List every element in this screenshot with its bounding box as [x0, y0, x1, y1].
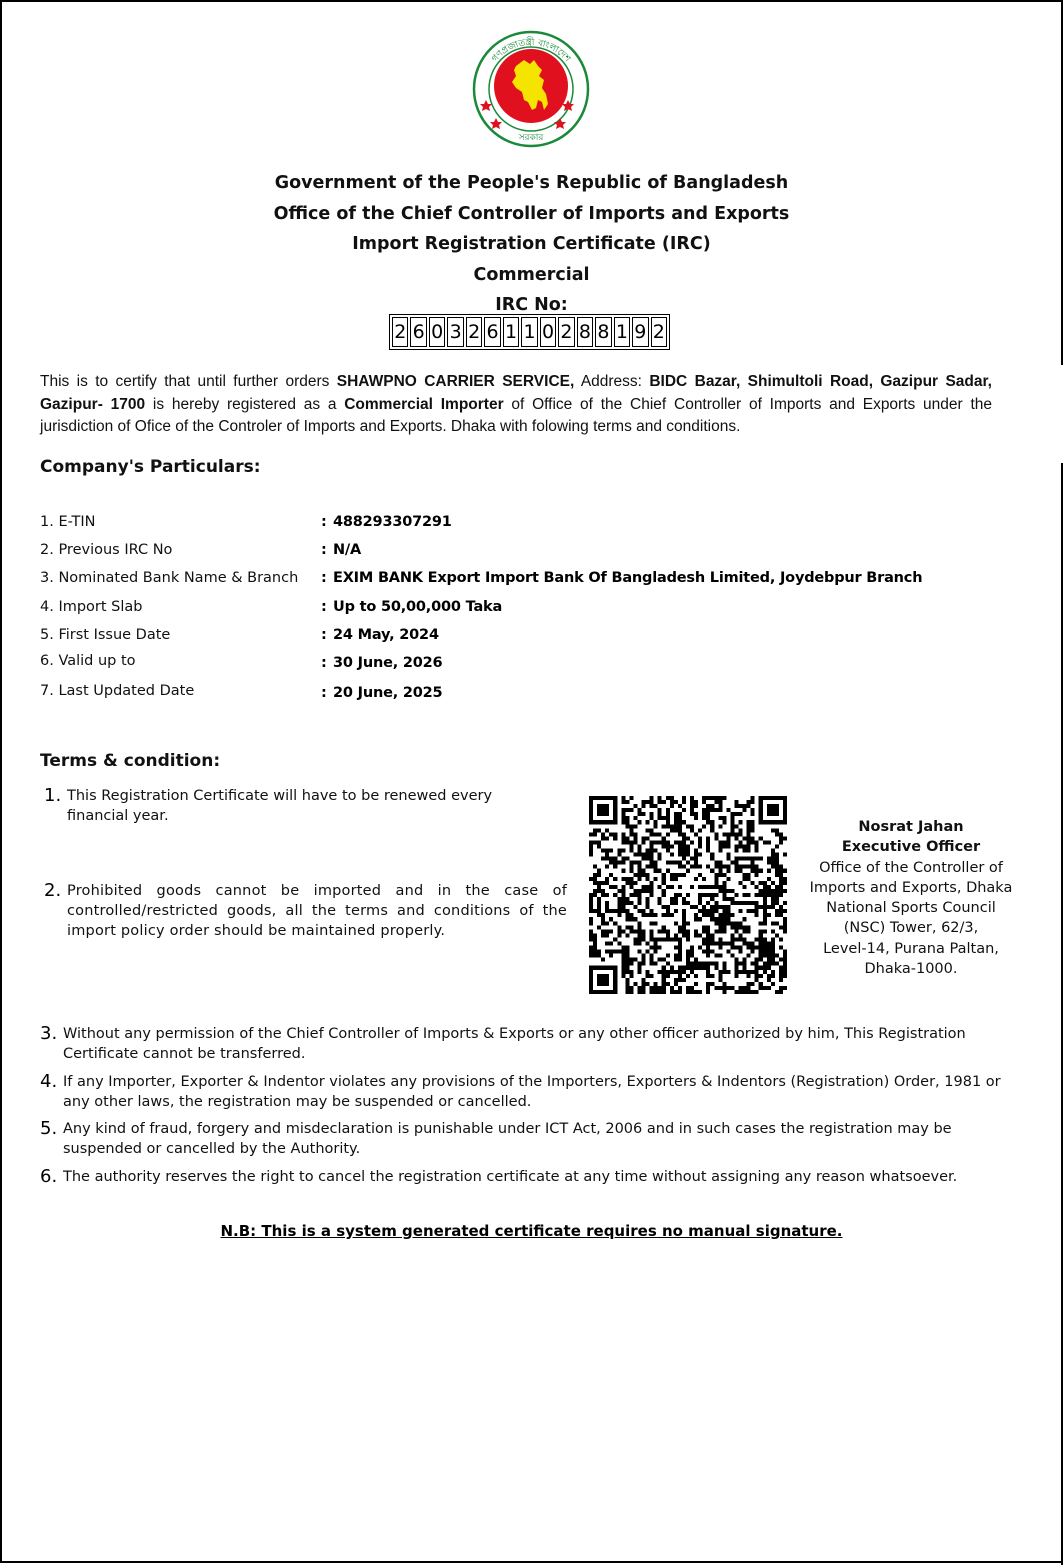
irc-digit: 0	[429, 317, 445, 347]
particular-label: 7. Last Updated Date	[40, 683, 194, 699]
company-name: SHAWPNO CARRIER SERVICE,	[337, 373, 575, 390]
terms-heading: Terms & condition:	[40, 751, 220, 771]
irc-digit: 1	[521, 317, 537, 347]
certificate-category: Commercial	[0, 260, 1063, 291]
irc-digit: 1	[614, 317, 630, 347]
particular-label: 5. First Issue Date	[40, 627, 170, 643]
irc-digit: 2	[651, 317, 667, 347]
particular-value: 488293307291	[333, 514, 452, 530]
issuing-officer: Nosrat Jahan Executive Officer Office of…	[797, 817, 1025, 979]
irc-digit: 2	[392, 317, 408, 347]
particular-label: 4. Import Slab	[40, 599, 143, 615]
note-text: N.B: This is a system generated certific…	[220, 1222, 842, 1240]
term-number: 2.	[44, 880, 61, 901]
office-title: Office of the Chief Controller of Import…	[0, 199, 1063, 230]
term-text: If any Importer, Exporter & Indentor vio…	[63, 1072, 1023, 1112]
intro-text: is hereby registered as a	[145, 396, 344, 413]
irc-digit: 8	[595, 317, 611, 347]
term-text: Prohibited goods cannot be imported and …	[67, 881, 567, 941]
system-generated-note: N.B: This is a system generated certific…	[0, 1222, 1063, 1240]
irc-digit: 3	[447, 317, 463, 347]
irc-digit: 0	[540, 317, 556, 347]
irc-digit: 1	[503, 317, 519, 347]
officer-address-line: Imports and Exports, Dhaka	[797, 878, 1025, 898]
government-emblem-icon: গণপ্রজাতন্ত্রী বাংলাদেশ সরকার	[472, 30, 590, 148]
qr-code-icon	[589, 796, 787, 994]
term-text: This Registration Certificate will have …	[67, 786, 537, 826]
particular-colon: :	[321, 599, 327, 615]
certification-statement: This is to certify that until further or…	[40, 371, 992, 439]
intro-text: This is to certify that until further or…	[40, 373, 337, 390]
particular-colon: :	[321, 514, 327, 530]
irc-digit: 9	[632, 317, 648, 347]
particular-colon: :	[321, 685, 327, 701]
particular-colon: :	[321, 542, 327, 558]
irc-digit: 2	[466, 317, 482, 347]
irc-digit: 6	[484, 317, 500, 347]
term-number: 6.	[40, 1166, 57, 1187]
particular-value: 20 June, 2025	[333, 685, 442, 701]
particular-value: 24 May, 2024	[333, 627, 439, 643]
officer-address-line: Level-14, Purana Paltan,	[797, 939, 1025, 959]
irc-number-box: 260326110288192	[389, 314, 670, 350]
officer-address-line: (NSC) Tower, 62/3,	[797, 918, 1025, 938]
particular-value: 30 June, 2026	[333, 655, 442, 671]
particular-colon: :	[321, 627, 327, 643]
intro-text: Address:	[574, 373, 649, 390]
particulars-heading: Company's Particulars:	[40, 457, 261, 477]
particular-colon: :	[321, 655, 327, 671]
particular-value: N/A	[333, 542, 361, 558]
particular-colon: :	[321, 570, 327, 586]
officer-address-line: Office of the Controller of	[797, 858, 1025, 878]
term-text: Without any permission of the Chief Cont…	[63, 1024, 1023, 1064]
government-title: Government of the People's Republic of B…	[0, 168, 1063, 199]
particular-value: Up to 50,00,000 Taka	[333, 599, 502, 615]
certificate-header: Government of the People's Republic of B…	[0, 168, 1063, 321]
svg-text:সরকার: সরকার	[518, 133, 545, 143]
officer-address-line: Dhaka-1000.	[797, 959, 1025, 979]
term-number: 3.	[40, 1023, 57, 1044]
importer-type: Commercial Importer	[344, 396, 503, 413]
officer-name: Nosrat Jahan	[797, 817, 1025, 837]
term-text: Any kind of fraud, forgery and misdeclar…	[63, 1119, 1023, 1159]
particular-label: 2. Previous IRC No	[40, 542, 172, 558]
certificate-title: Import Registration Certificate (IRC)	[0, 229, 1063, 260]
term-number: 1.	[44, 785, 61, 806]
particular-label: 1. E-TIN	[40, 514, 96, 530]
irc-digit: 8	[577, 317, 593, 347]
officer-address-line: National Sports Council	[797, 898, 1025, 918]
officer-title: Executive Officer	[797, 837, 1025, 857]
particular-value: EXIM BANK Export Import Bank Of Banglade…	[333, 570, 922, 586]
particular-label: 3. Nominated Bank Name & Branch	[40, 570, 298, 586]
term-text: The authority reserves the right to canc…	[63, 1167, 1023, 1187]
particular-label: 6. Valid up to	[40, 653, 136, 669]
irc-digit: 6	[410, 317, 426, 347]
term-number: 5.	[40, 1118, 57, 1139]
term-number: 4.	[40, 1071, 57, 1092]
irc-digit: 2	[558, 317, 574, 347]
